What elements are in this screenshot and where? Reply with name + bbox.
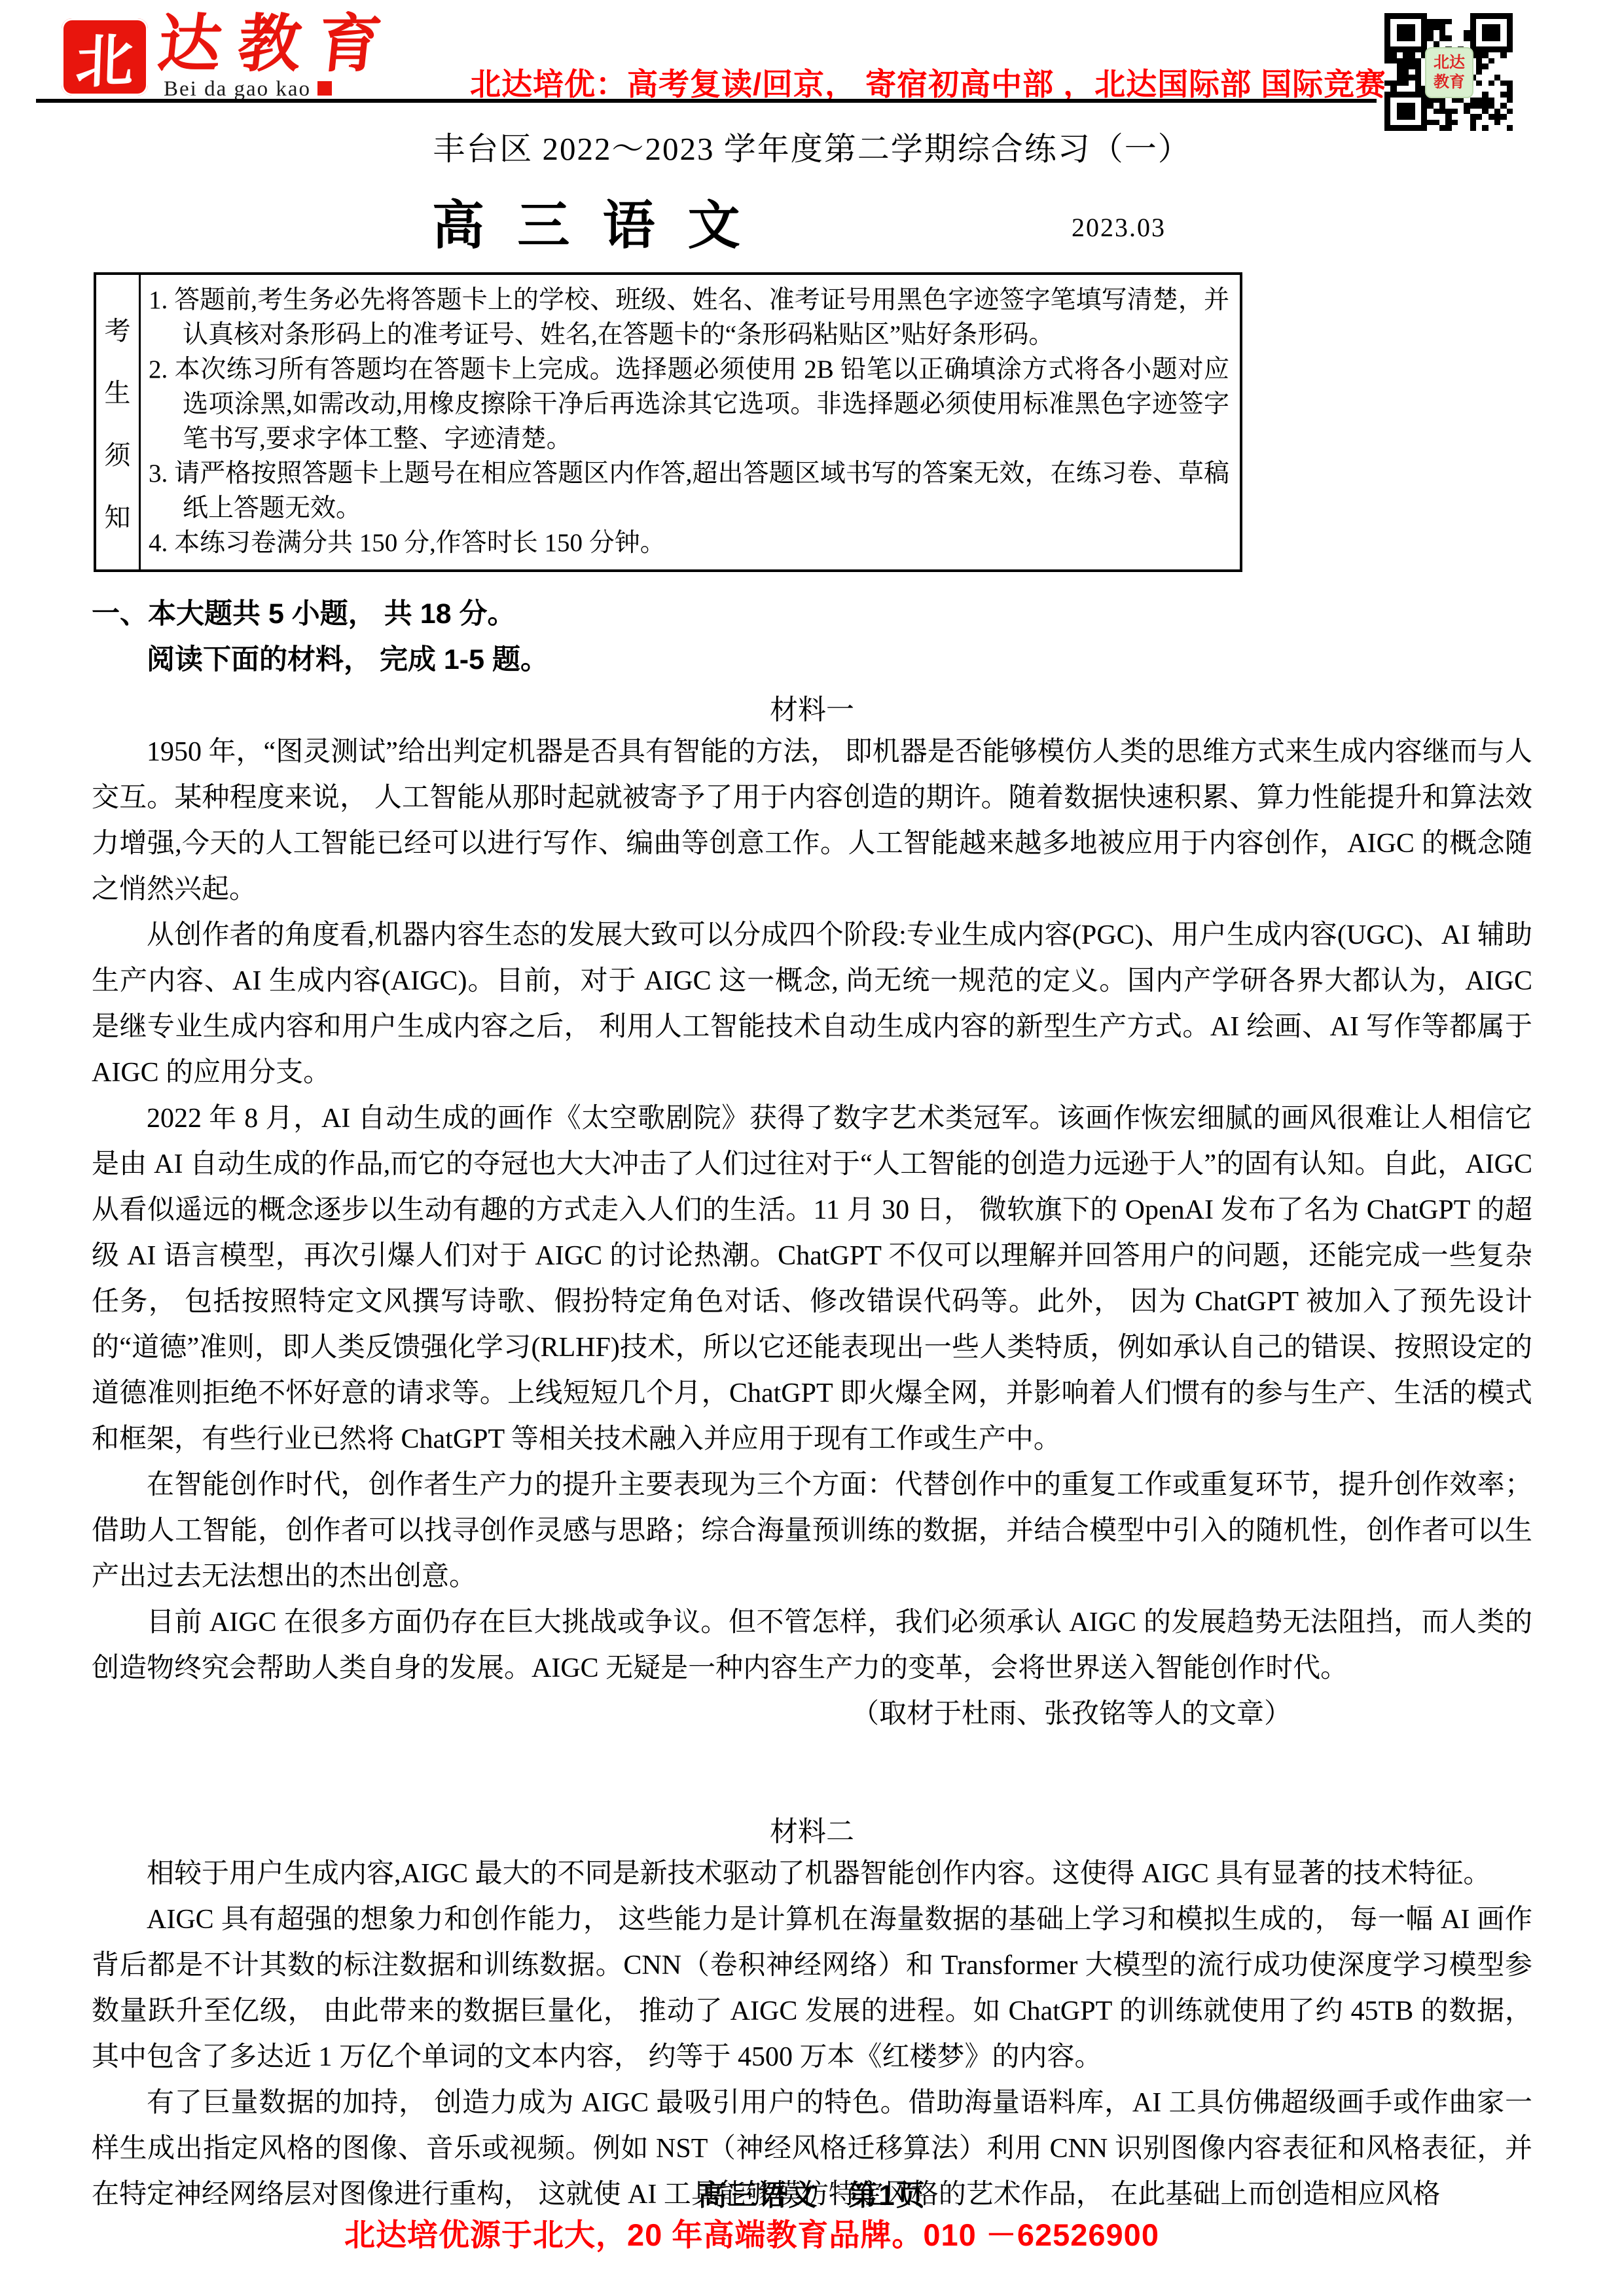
section-one-heading: 一、本大题共 5 小题， 共 18 分。 (92, 596, 1532, 632)
material-2-label: 材料二 (92, 1814, 1532, 1851)
exam-paper-page: 北 达教育 Bei da gao kao 北达培优：高考复读/回京， 寄宿初高中… (0, 0, 1624, 2296)
material-2-paragraph: 相较于用户生成内容,AIGC 最大的不同是新技术驱动了机器智能创作内容。这使得 … (92, 1851, 1532, 1897)
notice-item-1: 1. 答题前,考生务必先将答题卡上的学校、班级、姓名、准考证号用黑色字迹签字笔填… (149, 283, 1229, 352)
material-2-paragraph: AIGC 具有超强的想象力和创作能力， 这些能力是计算机在海量数据的基础上学习和… (92, 1897, 1532, 2080)
material-1-paragraph: 在智能创作时代，创作者生产力的提升主要表现为三个方面：代替创作中的重复工作或重复… (92, 1462, 1532, 1600)
qr-code: 北达教育 (1384, 13, 1513, 131)
material-1-paragraph: 2022 年 8 月，AI 自动生成的画作《太空歌剧院》获得了数字艺术类冠军。该… (92, 1096, 1532, 1462)
footer-slogan: 北达培优源于北大，20 年高端教育品牌。010 －62526900 (0, 2211, 1564, 2255)
notice-items: 1. 答题前,考生务必先将答题卡上的学校、班级、姓名、准考证号用黑色字迹签字笔填… (141, 275, 1240, 569)
material-1-paragraph: 从创作者的角度看,机器内容生态的发展大致可以分成四个阶段:专业生成内容(PGC)… (92, 912, 1532, 1096)
notice-item-3: 3. 请严格按照答题卡上题号在相应答题区内作答,超出答题区域书写的答案无效，在练… (149, 456, 1229, 526)
brand-pinyin: Bei da gao kao (164, 77, 332, 101)
page-header: 北 达教育 Bei da gao kao 北达培优：高考复读/回京， 寄宿初高中… (0, 0, 1624, 105)
beida-logo-seal-icon: 北 (62, 18, 148, 96)
examinee-notice-box: 考 生 须 知 1. 答题前,考生务必先将答题卡上的学校、班级、姓名、准考证号用… (94, 272, 1242, 572)
section-one-instruction: 阅读下面的材料， 完成 1-5 题。 (92, 641, 1532, 678)
notice-item-4: 4. 本练习卷满分共 150 分,作答时长 150 分钟。 (149, 526, 1229, 560)
paper-title: 丰台区 2022～2023 学年度第二学期综合练习（一） (92, 130, 1532, 169)
exam-title-row: 高 三 语 文 2023.03 (92, 183, 1532, 262)
material-1-attribution: （取材于杜雨、张孜铭等人的文章） (92, 1691, 1532, 1737)
footer-page-number: 高三语文 第1页 (0, 2172, 1624, 2214)
notice-side-label: 考 生 须 知 (96, 275, 141, 569)
exam-subject-title: 高 三 语 文 (432, 183, 749, 259)
material-1-paragraph: 目前 AIGC 在很多方面仍存在巨大挑战或争议。但不管怎样，我们必须承认 AIG… (92, 1600, 1532, 1691)
red-square-icon (317, 81, 332, 96)
material-1-label: 材料一 (92, 692, 1532, 729)
qr-center-label: 北达教育 (1425, 47, 1473, 98)
exam-date: 2023.03 (1072, 212, 1166, 243)
brand-calligraphy: 达教育 (155, 12, 402, 77)
seal-character: 北 (75, 15, 135, 99)
header-slogan: 北达培优：高考复读/回京， 寄宿初高中部 ，北达国际部 国际竞赛部 (470, 60, 1418, 104)
material-1-paragraph: 1950 年，“图灵测试”给出判定机器是否具有智能的方法， 即机器是否能够模仿人… (92, 729, 1532, 912)
header-divider (36, 99, 1377, 103)
notice-item-2: 2. 本次练习所有答题均在答题卡上完成。选择题必须使用 2B 铅笔以正确填涂方式… (149, 352, 1229, 456)
